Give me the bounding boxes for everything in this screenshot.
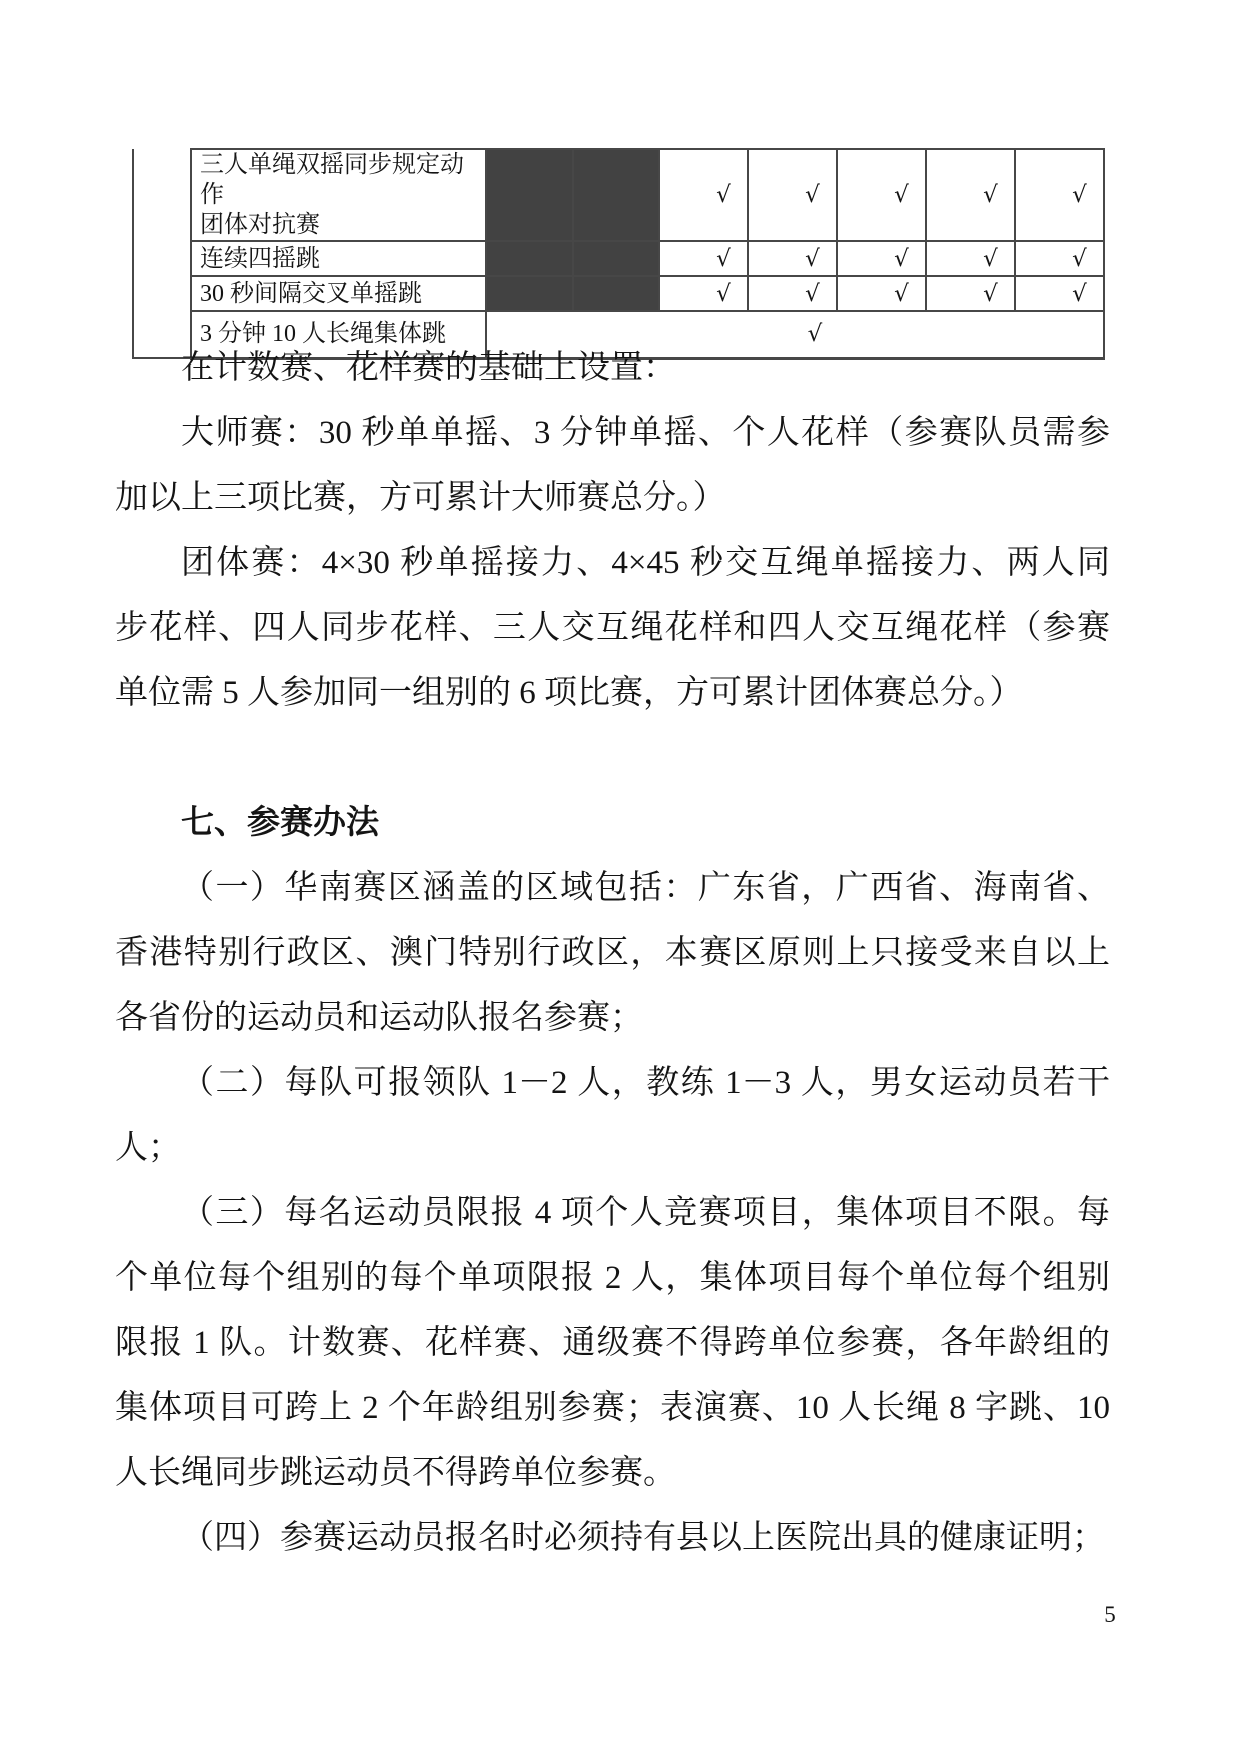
table-row: 连续四摇跳√√√√√ — [133, 241, 1104, 276]
check-cell: √ — [1015, 276, 1104, 311]
check-cell: √ — [837, 276, 926, 311]
event-label-cell: 30 秒间隔交叉单摇跳 — [191, 276, 486, 311]
body-line: （三）每名运动员限报 4 项个人竞赛项目，集体项目不限。每 — [115, 1181, 1110, 1246]
table-row: 30 秒间隔交叉单摇跳√√√√√ — [133, 276, 1104, 311]
page-number: 5 — [1080, 1602, 1140, 1628]
check-cell: √ — [748, 241, 837, 276]
shaded-cell — [573, 149, 659, 241]
section-heading: 七、参赛办法 — [115, 791, 1110, 856]
body-line: 团体赛：4×30 秒单摇接力、4×45 秒交互绳单摇接力、两人同 — [115, 531, 1110, 596]
check-cell: √ — [837, 149, 926, 241]
body-line: （四）参赛运动员报名时必须持有县以上医院出具的健康证明； — [115, 1506, 1110, 1571]
table-row: 三人单绳双摇同步规定动作 团体对抗赛√√√√√ — [133, 149, 1104, 241]
body-line: 步花样、四人同步花样、三人交互绳花样和四人交互绳花样（参赛 — [115, 596, 1110, 661]
body-line: 人； — [115, 1116, 1110, 1181]
shaded-cell — [573, 276, 659, 311]
events-table: 三人单绳双摇同步规定动作 团体对抗赛√√√√√连续四摇跳√√√√√30 秒间隔交… — [132, 148, 1105, 360]
event-label-cell: 连续四摇跳 — [191, 241, 486, 276]
check-cell: √ — [926, 149, 1015, 241]
body-line: 大师赛：30 秒单单摇、3 分钟单摇、个人花样（参赛队员需参 — [115, 401, 1110, 466]
check-cell: √ — [659, 149, 748, 241]
check-cell: √ — [659, 276, 748, 311]
shaded-cell — [486, 149, 573, 241]
shaded-cell — [573, 241, 659, 276]
body-line: 单位需 5 人参加同一组别的 6 项比赛，方可累计团体赛总分。） — [115, 661, 1110, 726]
body-line: （二）每队可报领队 1－2 人，教练 1－3 人，男女运动员若干 — [115, 1051, 1110, 1116]
check-cell: √ — [837, 241, 926, 276]
body-line: 各省份的运动员和运动队报名参赛； — [115, 986, 1110, 1051]
body-line: 在计数赛、花样赛的基础上设置： — [115, 336, 1110, 401]
body-line: 人长绳同步跳运动员不得跨单位参赛。 — [115, 1441, 1110, 1506]
check-cell: √ — [1015, 149, 1104, 241]
document-page: 三人单绳双摇同步规定动作 团体对抗赛√√√√√连续四摇跳√√√√√30 秒间隔交… — [0, 0, 1240, 1753]
shaded-cell — [486, 276, 573, 311]
body-line: 加以上三项比赛，方可累计大师赛总分。） — [115, 466, 1110, 531]
body-line: （一）华南赛区涵盖的区域包括：广东省，广西省、海南省、 — [115, 856, 1110, 921]
check-cell: √ — [748, 276, 837, 311]
blank-line — [115, 726, 1110, 791]
check-cell: √ — [1015, 241, 1104, 276]
check-cell: √ — [926, 241, 1015, 276]
check-cell: √ — [748, 149, 837, 241]
body-line: 集体项目可跨上 2 个年龄组别参赛；表演赛、10 人长绳 8 字跳、10 — [115, 1376, 1110, 1441]
check-cell: √ — [659, 241, 748, 276]
shaded-cell — [486, 241, 573, 276]
body-line: 个单位每个组别的每个单项限报 2 人，集体项目每个单位每个组别 — [115, 1246, 1110, 1311]
narrow-continuation-cell — [133, 149, 191, 358]
event-label-cell: 三人单绳双摇同步规定动作 团体对抗赛 — [191, 149, 486, 241]
body-line: 限报 1 队。计数赛、花样赛、通级赛不得跨单位参赛，各年龄组的 — [115, 1311, 1110, 1376]
body-line: 香港特别行政区、澳门特别行政区，本赛区原则上只接受来自以上 — [115, 921, 1110, 986]
events-table-body: 三人单绳双摇同步规定动作 团体对抗赛√√√√√连续四摇跳√√√√√30 秒间隔交… — [133, 149, 1104, 358]
check-cell: √ — [926, 276, 1015, 311]
document-text: 在计数赛、花样赛的基础上设置：大师赛：30 秒单单摇、3 分钟单摇、个人花样（参… — [115, 336, 1110, 1571]
